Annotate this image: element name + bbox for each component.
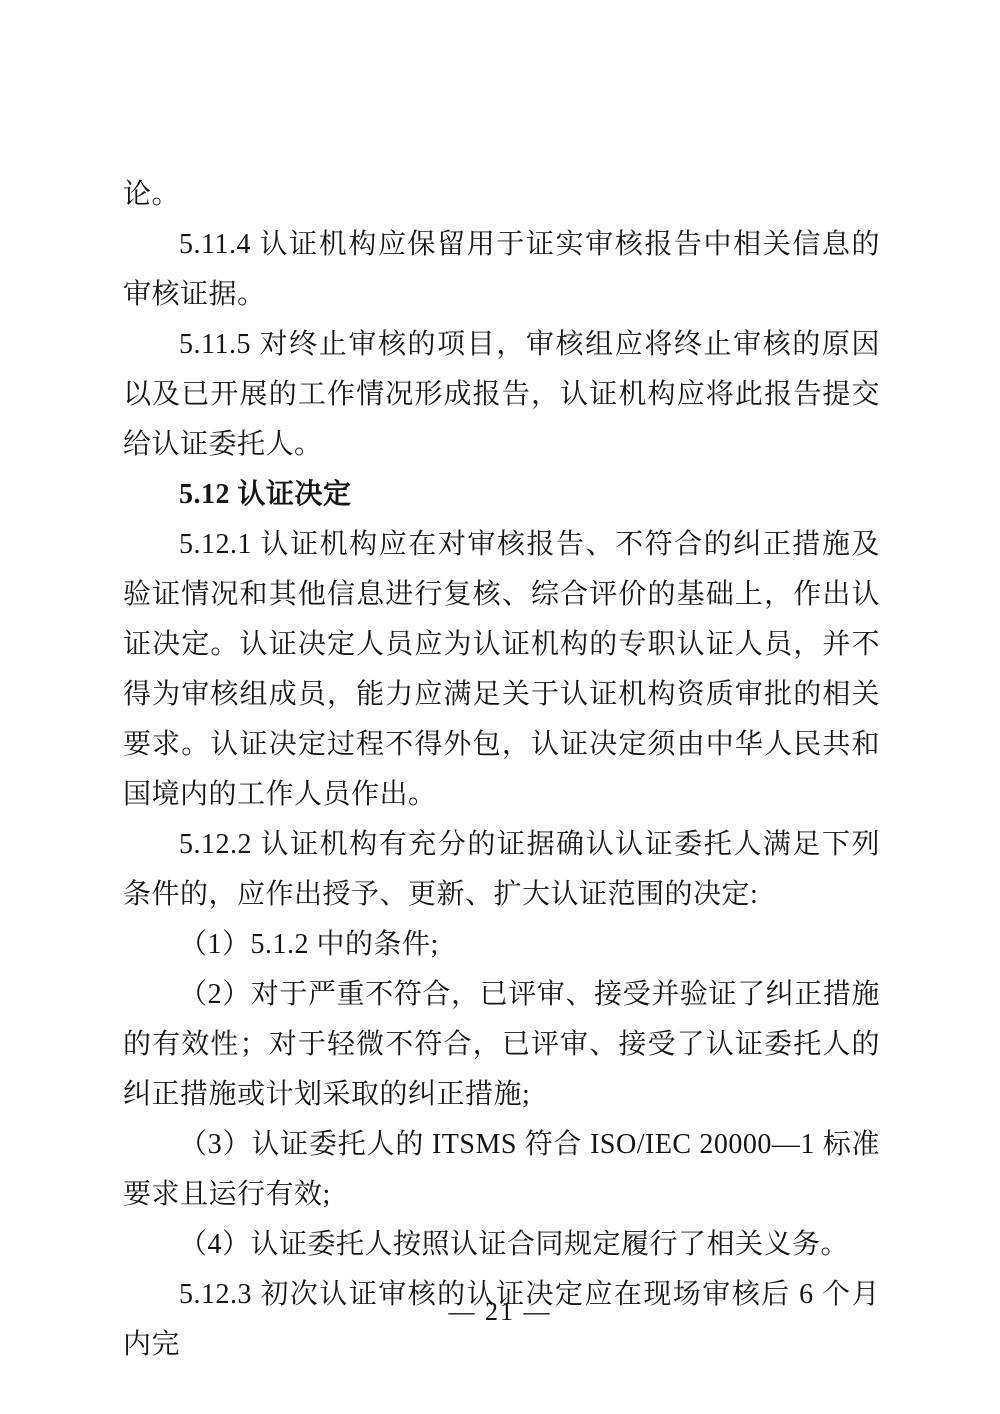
clause-5-11-4: 5.11.4 认证机构应保留用于证实审核报告中相关信息的审核证据。	[123, 220, 880, 320]
list-item-1: （1）5.1.2 中的条件;	[123, 920, 880, 970]
list-item-2: （2）对于严重不符合，已评审、接受并验证了纠正措施的有效性；对于轻微不符合，已评…	[123, 970, 880, 1120]
list-item-4: （4）认证委托人按照认证合同规定履行了相关义务。	[123, 1220, 880, 1270]
clause-5-12-1: 5.12.1 认证机构应在对审核报告、不符合的纠正措施及验证情况和其他信息进行复…	[123, 520, 880, 820]
section-heading-5-12: 5.12 认证决定	[123, 470, 880, 520]
page-number: — 21 —	[0, 1292, 1000, 1332]
list-item-3: （3）认证委托人的 ITSMS 符合 ISO/IEC 20000—1 标准要求且…	[123, 1120, 880, 1220]
paragraph-continuation: 论。	[123, 170, 880, 220]
clause-5-11-5: 5.11.5 对终止审核的项目，审核组应将终止审核的原因以及已开展的工作情况形成…	[123, 320, 880, 470]
page-content: 论。 5.11.4 认证机构应保留用于证实审核报告中相关信息的审核证据。 5.1…	[123, 170, 880, 1370]
document-page: 论。 5.11.4 认证机构应保留用于证实审核报告中相关信息的审核证据。 5.1…	[0, 0, 1000, 1414]
clause-5-12-2: 5.12.2 认证机构有充分的证据确认认证委托人满足下列条件的，应作出授予、更新…	[123, 820, 880, 920]
